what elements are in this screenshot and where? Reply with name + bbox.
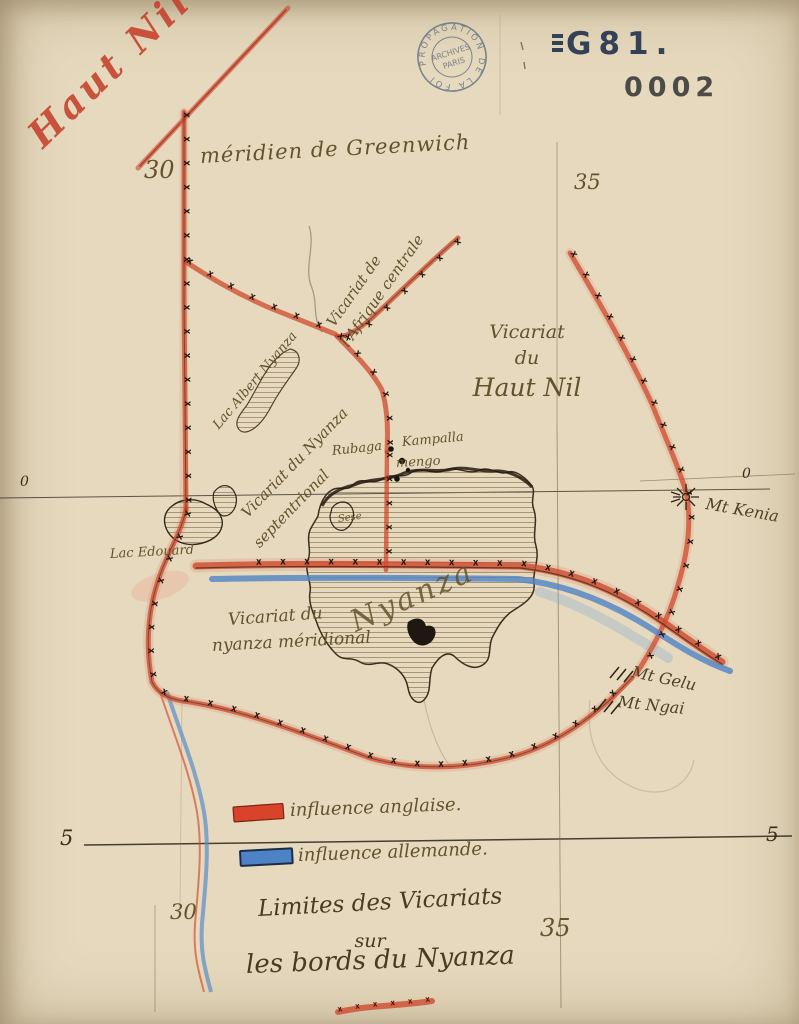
equator-left-label: 0 <box>20 474 29 490</box>
ink-specks <box>521 42 525 69</box>
catalog-code: G81. <box>566 26 674 62</box>
vicariat-haut-nil-line1: Vicariat <box>452 320 602 346</box>
mengo-label: mengo <box>396 454 441 471</box>
legend-swatch-german <box>240 848 293 866</box>
vicariat-haut-nil-line2: du <box>452 346 602 372</box>
lon35-top-label: 35 <box>574 170 601 194</box>
archive-stamp-icon: PROPAGATION DE LA FOI ARCHIVES PARIS <box>409 14 495 100</box>
equator-right-label: 0 <box>742 466 751 482</box>
vicariat-haut-nil-line3: Haut Nil <box>452 371 602 405</box>
lon35-bottom-label: 35 <box>540 914 571 942</box>
catalog-number: 0002 <box>624 72 719 103</box>
catalog-glyph-icon <box>552 34 563 54</box>
map-canvas: x x x x x x x x x x x x x x x x x x x x … <box>0 0 799 1024</box>
lon30-bottom-label: 30 <box>170 900 197 924</box>
vicariat-haut-nil-label: Vicariat du Haut Nil <box>452 320 602 405</box>
legend-swatch-english <box>233 804 284 822</box>
lon30-top-label: 30 <box>144 156 175 184</box>
catalog-stamp: G81. <box>552 26 674 62</box>
lat5-right-label: 5 <box>766 822 779 846</box>
lat5-left-label: 5 <box>60 826 73 850</box>
svg-text:x x x x x x x x x x x x x x x: x x x x x x x x x x x x x x x x x x x x … <box>0 0 463 345</box>
svg-text:x x x x x x x x x x x x x x x: x x x x x x x x x x x x x x x x x x x x … <box>0 0 396 451</box>
